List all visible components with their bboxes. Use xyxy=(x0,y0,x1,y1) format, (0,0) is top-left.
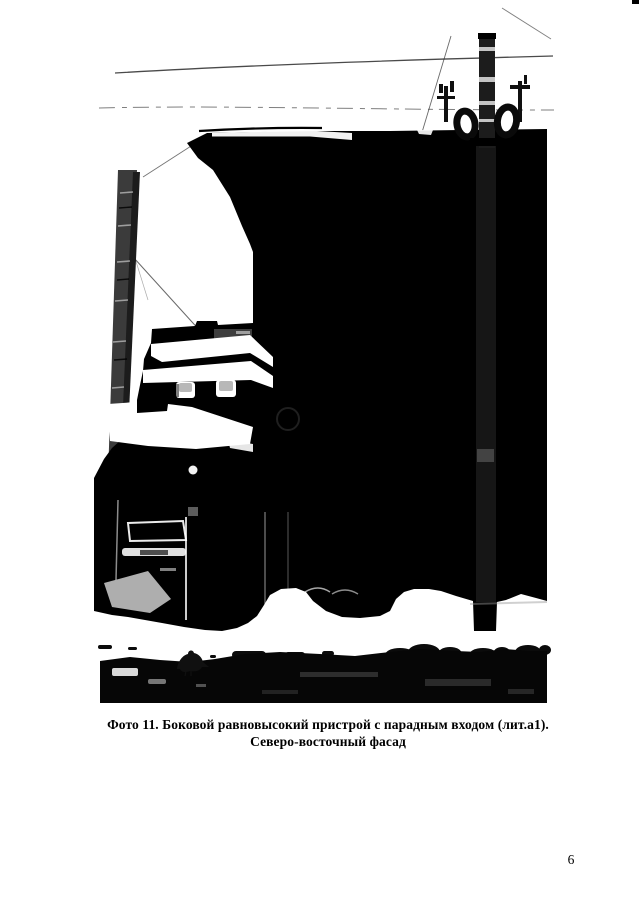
roof-lip-line xyxy=(199,128,322,131)
snow-capped-post xyxy=(216,380,236,397)
caption-line-2: Северо-восточный фасад xyxy=(88,733,568,750)
cable-ring xyxy=(455,110,477,139)
pole-through-building xyxy=(476,146,496,602)
page-number: 6 xyxy=(558,852,584,868)
scan-artifact xyxy=(632,0,639,4)
cable-ring xyxy=(496,106,519,136)
snow-capped-post xyxy=(176,382,195,398)
snow-dot xyxy=(189,466,198,475)
photo-caption: Фото 11. Боковой равновысокий пристрой с… xyxy=(88,716,568,750)
pole-sign-plate xyxy=(477,449,494,462)
pole-bracket-left xyxy=(437,81,455,122)
caption-line-1: Фото 11. Боковой равновысокий пристрой с… xyxy=(88,716,568,733)
photo-11-image xyxy=(0,0,639,905)
car-license-plate xyxy=(140,550,168,555)
document-page: Фото 11. Боковой равновысокий пристрой с… xyxy=(0,0,639,905)
